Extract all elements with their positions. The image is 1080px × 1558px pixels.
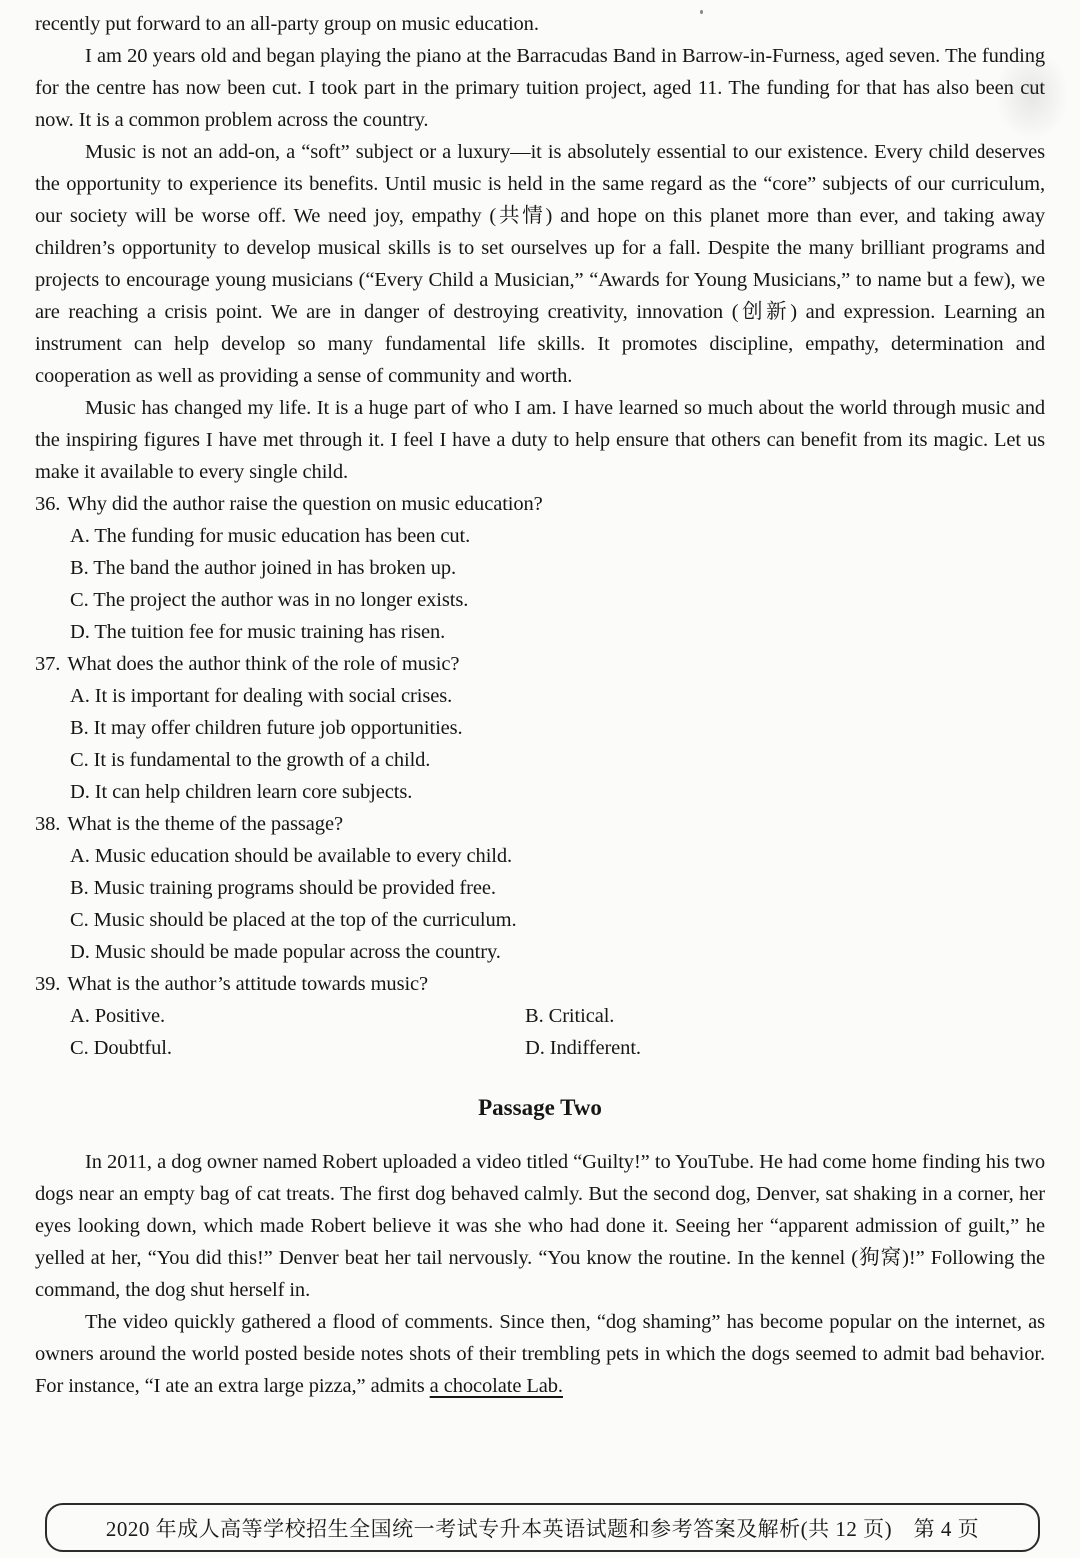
passage-two-paragraph-2: The video quickly gathered a flood of co… bbox=[35, 1306, 1045, 1402]
question-36-stem: 36.Why did the author raise the question… bbox=[35, 488, 1045, 520]
question-text: What is the theme of the passage? bbox=[67, 813, 343, 835]
question-39: 39.What is the author’s attitude towards… bbox=[35, 968, 1045, 1064]
question-number: 38. bbox=[35, 808, 60, 840]
passage-two-heading: Passage Two bbox=[35, 1092, 1045, 1124]
passage-one-paragraph-1: I am 20 years old and began playing the … bbox=[35, 40, 1045, 136]
question-37: 37.What does the author think of the rol… bbox=[35, 648, 1045, 808]
question-number: 37. bbox=[35, 648, 60, 680]
question-39-stem: 39.What is the author’s attitude towards… bbox=[35, 968, 1045, 1000]
question-39-option-a: A. Positive. bbox=[70, 1000, 525, 1032]
passage-one-paragraph-2: Music is not an add-on, a “soft” subject… bbox=[35, 136, 1045, 392]
question-number: 36. bbox=[35, 488, 60, 520]
question-36-option-c: C. The project the author was in no long… bbox=[35, 584, 1045, 616]
question-37-option-c: C. It is fundamental to the growth of a … bbox=[35, 744, 1045, 776]
passage-one-continuation-line: recently put forward to an all-party gro… bbox=[35, 8, 1045, 40]
question-38-option-d: D. Music should be made popular across t… bbox=[35, 936, 1045, 968]
question-37-stem: 37.What does the author think of the rol… bbox=[35, 648, 1045, 680]
question-36: 36.Why did the author raise the question… bbox=[35, 488, 1045, 648]
question-39-options: A. Positive. B. Critical. C. Doubtful. D… bbox=[35, 1000, 1045, 1064]
question-37-option-a: A. It is important for dealing with soci… bbox=[35, 680, 1045, 712]
question-37-option-d: D. It can help children learn core subje… bbox=[35, 776, 1045, 808]
question-36-option-d: D. The tuition fee for music training ha… bbox=[35, 616, 1045, 648]
footer-text: 2020 年成人高等学校招生全国统一考试专升本英语试题和参考答案及解析(共 12… bbox=[106, 1513, 979, 1543]
question-39-option-c: C. Doubtful. bbox=[70, 1032, 525, 1064]
page-content: recently put forward to an all-party gro… bbox=[0, 0, 1080, 1402]
question-number: 39. bbox=[35, 968, 60, 1000]
passage-one-paragraph-3: Music has changed my life. It is a huge … bbox=[35, 392, 1045, 488]
passage-two-paragraph-1: In 2011, a dog owner named Robert upload… bbox=[35, 1146, 1045, 1306]
question-39-option-b: B. Critical. bbox=[525, 1000, 1045, 1032]
question-38: 38.What is the theme of the passage? A. … bbox=[35, 808, 1045, 968]
question-38-option-c: C. Music should be placed at the top of … bbox=[35, 904, 1045, 936]
question-text: Why did the author raise the question on… bbox=[67, 493, 542, 515]
exam-page: { "passage_one": { "continuation_line": … bbox=[0, 0, 1080, 1558]
question-text: What is the author’s attitude towards mu… bbox=[67, 973, 428, 995]
question-38-option-b: B. Music training programs should be pro… bbox=[35, 872, 1045, 904]
question-37-option-b: B. It may offer children future job oppo… bbox=[35, 712, 1045, 744]
question-39-option-d: D. Indifferent. bbox=[525, 1032, 1045, 1064]
question-36-option-a: A. The funding for music education has b… bbox=[35, 520, 1045, 552]
question-38-stem: 38.What is the theme of the passage? bbox=[35, 808, 1045, 840]
question-36-option-b: B. The band the author joined in has bro… bbox=[35, 552, 1045, 584]
footer-box: 2020 年成人高等学校招生全国统一考试专升本英语试题和参考答案及解析(共 12… bbox=[45, 1503, 1040, 1552]
question-text: What does the author think of the role o… bbox=[67, 653, 459, 675]
question-38-option-a: A. Music education should be available t… bbox=[35, 840, 1045, 872]
underlined-phrase: a chocolate Lab. bbox=[430, 1375, 563, 1397]
